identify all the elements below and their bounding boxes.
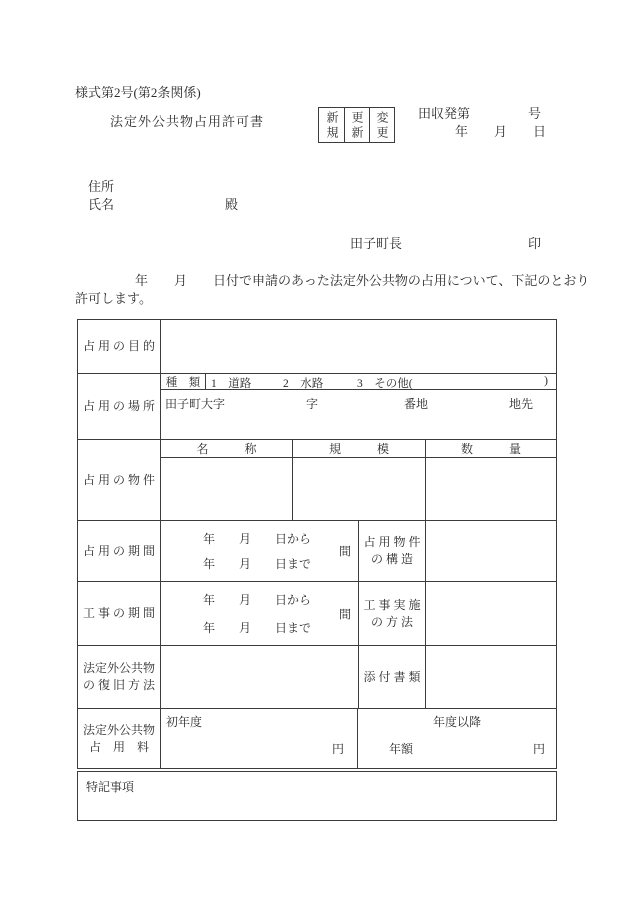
- attachment-label: 添 付 書 類: [359, 646, 426, 708]
- document-title: 法定外公共物占用許可書: [110, 114, 264, 130]
- kind-option-other-close: ): [544, 375, 548, 387]
- occupy-period-from: 年 月 日から: [203, 530, 311, 547]
- method-label-line1: 工 事 実 施: [363, 597, 420, 614]
- structure-label: 占 用 物 件 の 構 造: [359, 521, 426, 581]
- form-number-label: 様式第2号(第2条関係): [75, 85, 201, 101]
- type-change-cell: 変更: [369, 108, 394, 142]
- work-period-cell: 年 月 日から 年 月 日まで 間: [161, 582, 359, 645]
- first-year-label: 初年度: [166, 713, 202, 730]
- first-year-yen: 円: [332, 740, 344, 757]
- body-text-line1: 年 月 日付で申請のあった法定外公共物の占用について、下記のとおり: [135, 273, 589, 289]
- place-address-subrow: 田子町大字 字 番地 地先: [161, 390, 556, 439]
- address-chisaki: 地先: [509, 395, 533, 412]
- structure-label-line2: の 構 造: [371, 551, 413, 568]
- type-new-cell: 新規: [319, 108, 344, 142]
- fee-label-line2: 占 用 料: [89, 739, 149, 756]
- object-name-cell: [161, 458, 293, 520]
- work-period-from: 年 月 日から: [203, 591, 311, 608]
- place-label: 占 用 の 場 所: [78, 374, 161, 439]
- doc-date-line: 年 月 日: [455, 124, 546, 140]
- occupy-period-suffix: 間: [339, 543, 351, 560]
- name-label: 氏名: [88, 197, 114, 213]
- permit-table: 占 用 の 目 的 占 用 の 場 所 種 類 1 道路 2 水路 3 その他(…: [77, 319, 557, 769]
- purpose-label: 占 用 の 目 的: [78, 320, 161, 373]
- method-label-line2: の 方 法: [371, 614, 413, 631]
- work-period-to: 年 月 日まで: [203, 619, 311, 636]
- doc-number-prefix: 田収発第: [418, 106, 470, 122]
- kind-option-road: 1 道路: [211, 375, 251, 391]
- occupy-period-to: 年 月 日まで: [203, 555, 311, 572]
- object-header-row: 名 称 規 模 数 量: [161, 440, 556, 458]
- column-header-qty: 数 量: [426, 440, 556, 457]
- structure-label-line1: 占 用 物 件: [363, 534, 420, 551]
- work-period-suffix: 間: [339, 605, 351, 622]
- fee-later-years-cell: 年度以降 年額 円: [358, 709, 556, 768]
- kind-option-water: 2 水路: [283, 375, 323, 391]
- application-type-box: 新規 更新 変更: [318, 107, 395, 143]
- place-row: 占 用 の 場 所 種 類 1 道路 2 水路 3 その他( ) 田子町大字 字…: [78, 373, 556, 439]
- occupy-period-row: 占 用 の 期 間 年 月 日から 年 月 日まで 間 占 用 物 件 の 構 …: [78, 520, 556, 581]
- method-value-cell: [426, 582, 556, 645]
- notes-label: 特記事項: [78, 772, 556, 795]
- occupy-period-cell: 年 月 日から 年 月 日まで 間: [161, 521, 359, 581]
- fee-row: 法定外公共物 占 用 料 初年度 円 年度以降 年額 円: [78, 708, 556, 768]
- restoration-row: 法定外公共物 の 復 旧 方 法 添 付 書 類: [78, 645, 556, 708]
- kind-option-other: 3 その他(: [357, 375, 413, 391]
- restoration-label-line2: の 復 旧 方 法: [83, 677, 155, 694]
- honorific-label: 殿: [225, 197, 238, 213]
- purpose-row: 占 用 の 目 的: [78, 320, 556, 373]
- address-label: 住所: [88, 179, 114, 195]
- later-years-yen: 円: [533, 740, 545, 757]
- mayor-title: 田子町長: [350, 236, 402, 252]
- attachment-value-cell: [426, 646, 556, 708]
- restoration-label: 法定外公共物 の 復 旧 方 法: [78, 646, 161, 708]
- object-label: 占 用 の 物 件: [78, 440, 161, 520]
- body-text-line2: 許可します。: [75, 291, 152, 307]
- object-row: 占 用 の 物 件 名 称 規 模 数 量: [78, 439, 556, 520]
- fee-label: 法定外公共物 占 用 料: [78, 709, 161, 768]
- seal-mark: 印: [528, 236, 541, 252]
- annual-amount-label: 年額: [389, 740, 413, 757]
- restoration-value-cell: [161, 646, 359, 708]
- attachment-label-text: 添 付 書 類: [363, 669, 420, 686]
- doc-number-suffix: 号: [528, 106, 541, 122]
- object-value-row: [161, 458, 556, 520]
- fee-label-line1: 法定外公共物: [83, 722, 155, 739]
- permit-form-page: 様式第2号(第2条関係) 法定外公共物占用許可書 新規 更新 変更 田収発第 号…: [0, 0, 630, 915]
- later-years-label: 年度以降: [358, 713, 556, 730]
- kind-options: 1 道路 2 水路 3 その他( ): [206, 374, 556, 389]
- address-aza: 字: [306, 395, 318, 412]
- address-banchi: 番地: [404, 395, 428, 412]
- type-renew-cell: 更新: [344, 108, 369, 142]
- object-qty-cell: [426, 458, 556, 520]
- method-label: 工 事 実 施 の 方 法: [359, 582, 426, 645]
- address-prefix: 田子町大字: [165, 395, 225, 412]
- occupy-period-label: 占 用 の 期 間: [78, 521, 161, 581]
- work-period-row: 工 事 の 期 間 年 月 日から 年 月 日まで 間 工 事 実 施 の 方 …: [78, 581, 556, 645]
- kind-label: 種 類: [161, 374, 206, 389]
- object-scale-cell: [293, 458, 426, 520]
- restoration-label-line1: 法定外公共物: [83, 660, 155, 677]
- notes-box: 特記事項: [77, 771, 557, 821]
- kind-subrow: 種 類 1 道路 2 水路 3 その他( ): [161, 374, 556, 390]
- work-period-label: 工 事 の 期 間: [78, 582, 161, 645]
- column-header-scale: 規 模: [293, 440, 426, 457]
- column-header-name: 名 称: [161, 440, 293, 457]
- fee-first-year-cell: 初年度 円: [161, 709, 358, 768]
- structure-value-cell: [426, 521, 556, 581]
- purpose-value-cell: [161, 320, 556, 373]
